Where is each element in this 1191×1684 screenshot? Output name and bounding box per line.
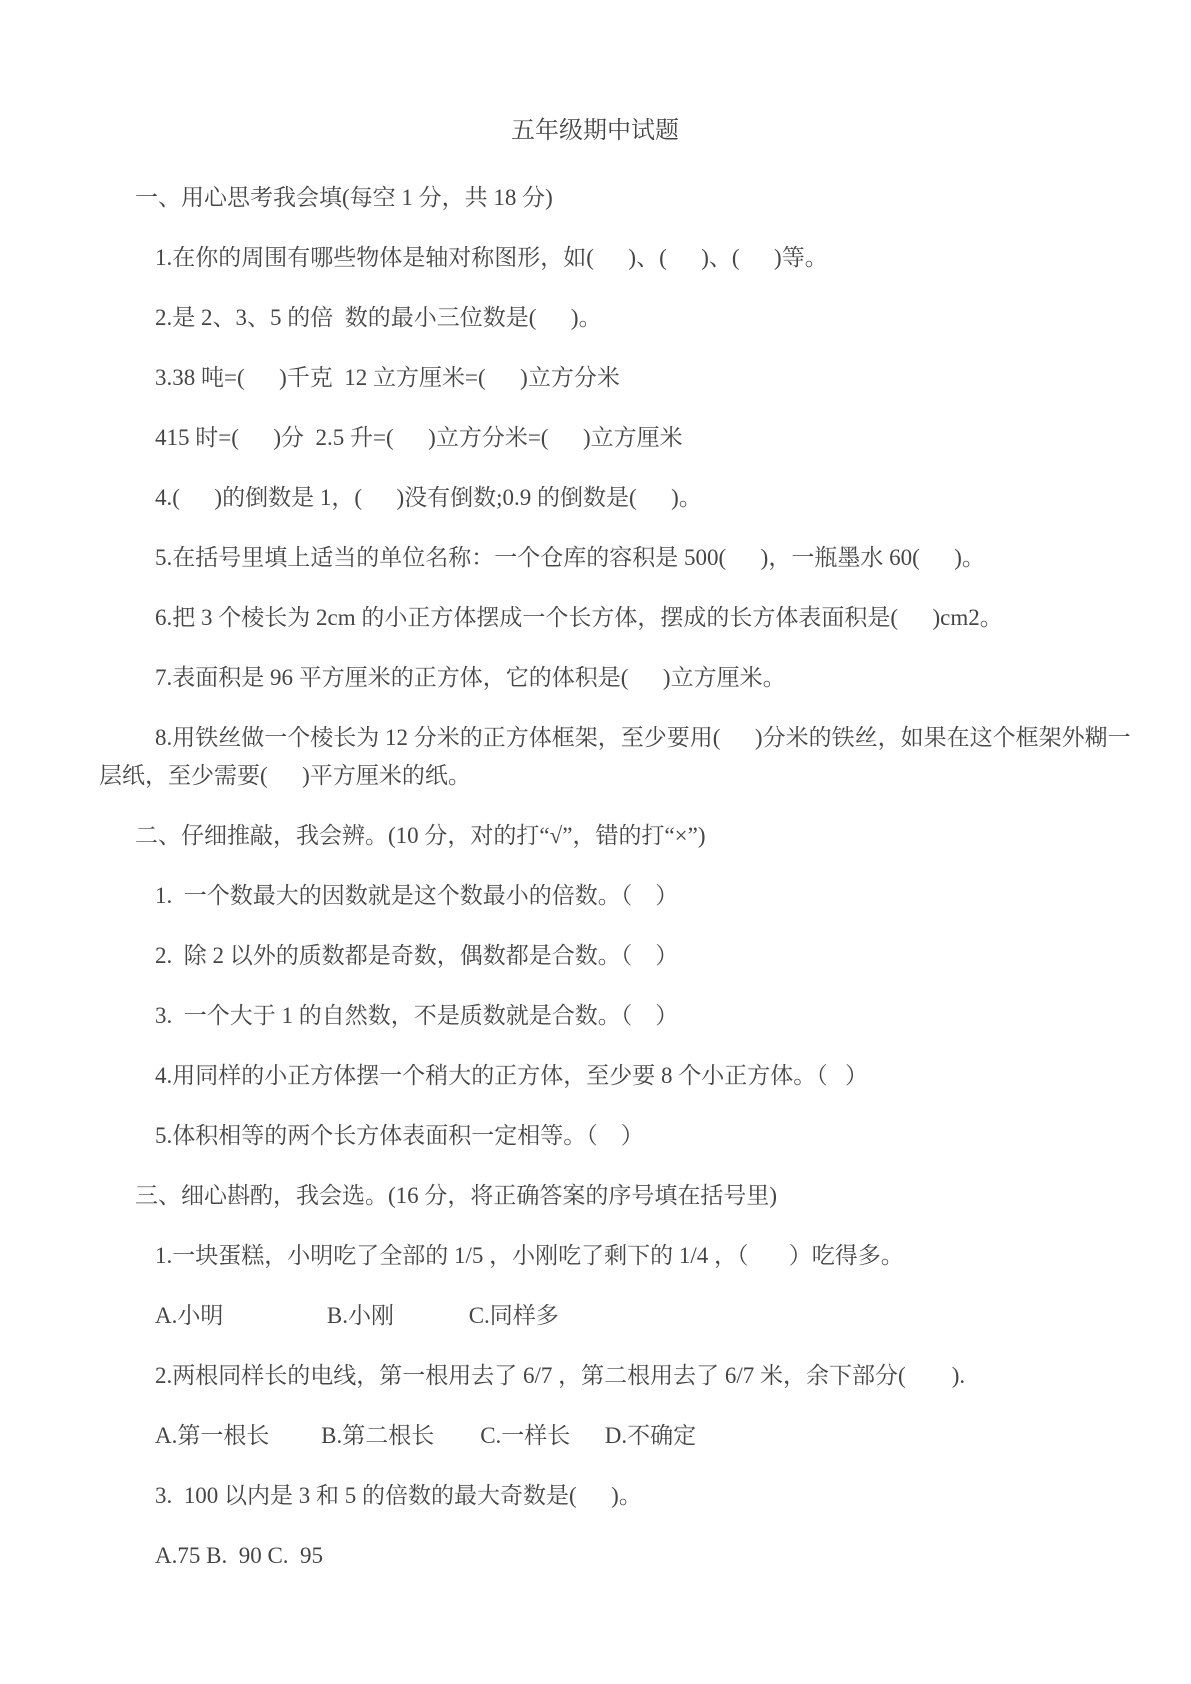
question-line: 4.用同样的小正方体摆一个稍大的正方体，至少要 8 个小正方体。（ ） — [99, 1057, 1091, 1095]
question-line: 3.38 吨=( )千克 12 立方厘米=( )立方分米 — [99, 359, 1091, 397]
options-line: A.75 B. 90 C. 95 — [99, 1537, 1091, 1575]
options-line: A.第一根长 B.第二根长 C.一样长 D.不确定 — [99, 1417, 1091, 1455]
question-line: 2. 除 2 以外的质数都是奇数，偶数都是合数。（ ） — [99, 937, 1091, 975]
question-line: 1. 一个数最大的因数就是这个数最小的倍数。（ ） — [99, 877, 1091, 915]
question-line: 3. 一个大于 1 的自然数，不是质数就是合数。（ ） — [99, 997, 1091, 1035]
question-line: 415 时=( )分 2.5 升=( )立方分米=( )立方厘米 — [99, 419, 1091, 457]
question-line: 8.用铁丝做一个棱长为 12 分米的正方体框架，至少要用( )分米的铁丝，如果在… — [99, 719, 1091, 757]
question-line: 2.两根同样长的电线，第一根用去了 6/7 ，第二根用去了 6/7 米，余下部分… — [99, 1357, 1091, 1395]
exam-page: 五年级期中试题 一、用心思考我会填(每空 1 分，共 18 分) 1.在你的周围… — [0, 0, 1191, 1684]
question-line: 4.( )的倒数是 1，( )没有倒数;0.9 的倒数是( )。 — [99, 479, 1091, 517]
question-line: 5.体积相等的两个长方体表面积一定相等。（ ） — [99, 1117, 1091, 1155]
question-line: 7.表面积是 96 平方厘米的正方体，它的体积是( )立方厘米。 — [99, 659, 1091, 697]
options-line: A.小明 B.小刚 C.同样多 — [99, 1297, 1091, 1335]
question-line: 1.在你的周围有哪些物体是轴对称图形，如( )、( )、( )等。 — [99, 239, 1091, 277]
section-heading-3: 三、细心斟酌，我会选。(16 分，将正确答案的序号填在括号里) — [99, 1177, 1091, 1215]
section-heading-2: 二、仔细推敲，我会辨。(10 分，对的打“√”，错的打“×”) — [99, 817, 1091, 855]
page-title: 五年级期中试题 — [99, 111, 1091, 151]
continuation-line: 层纸，至少需要( )平方厘米的纸。 — [99, 757, 1091, 795]
question-line: 5.在括号里填上适当的单位名称：一个仓库的容积是 500( )，一瓶墨水 60(… — [99, 539, 1091, 577]
question-line: 1.一块蛋糕，小明吃了全部的 1/5 ，小刚吃了剩下的 1/4 ，（ ）吃得多。 — [99, 1237, 1091, 1275]
question-line: 3. 100 以内是 3 和 5 的倍数的最大奇数是( )。 — [99, 1477, 1091, 1515]
section-heading-1: 一、用心思考我会填(每空 1 分，共 18 分) — [99, 179, 1091, 217]
question-line: 6.把 3 个棱长为 2cm 的小正方体摆成一个长方体，摆成的长方体表面积是( … — [99, 599, 1091, 637]
question-line: 2.是 2、3、5 的倍 数的最小三位数是( )。 — [99, 299, 1091, 337]
